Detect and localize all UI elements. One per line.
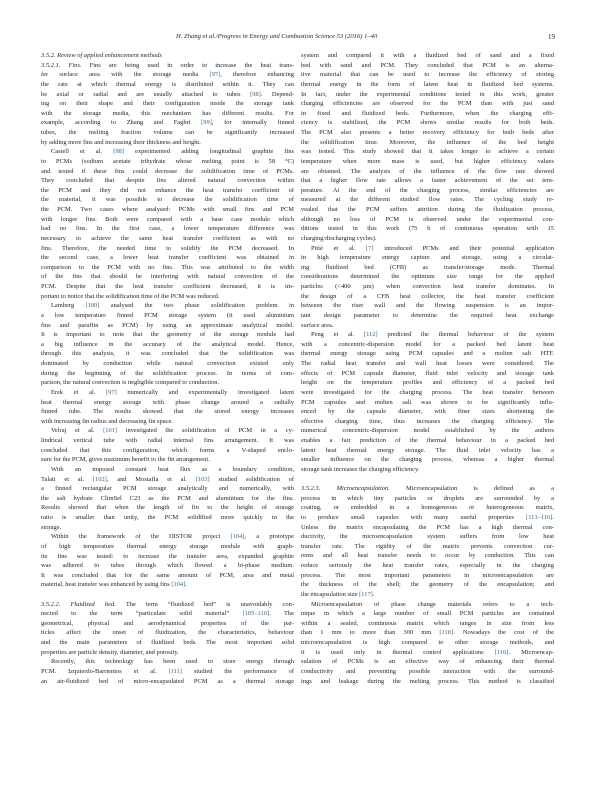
text-line: to PCMs (sodium acetate trihydrate whose… bbox=[41, 157, 294, 167]
subsection-title: 3.5.2.3. Microencapsulation. bbox=[301, 485, 390, 492]
citation-link[interactable]: [7] bbox=[366, 245, 374, 252]
text-line: perature. At the end of the charging pro… bbox=[301, 186, 554, 196]
text-line: properties are particle density, diamete… bbox=[41, 648, 294, 658]
text-line: the solidification time. Moreover, the i… bbox=[301, 138, 554, 148]
text-line: of the fins that should be interfering w… bbox=[41, 272, 294, 282]
text-line: particles (<400 µm) when convection heat… bbox=[301, 282, 554, 292]
text-line: Recently, this technology has been used … bbox=[41, 657, 294, 667]
text-line: rents and all heat transfer needs to occ… bbox=[301, 551, 554, 561]
text-line: the salt hydrate ClimSel C23 as the PCM … bbox=[41, 494, 294, 504]
text-line: ratio is smaller than unity, the PCM sol… bbox=[41, 513, 294, 523]
text-line: Pitié et al. [7] introduced PCMs and the… bbox=[301, 244, 554, 254]
text-line: the PCM. Two cases where analysed: PCMs … bbox=[41, 205, 294, 215]
text-line: measured at the different studied flow r… bbox=[301, 195, 554, 205]
text-line: ditions tested in this work (75 h of con… bbox=[301, 224, 554, 234]
text-line: example, according to Zhang and Faghri [… bbox=[41, 118, 294, 128]
text-line: nique in which a large number of small P… bbox=[301, 609, 554, 619]
text-line: comparison to the PCM with no fins. This… bbox=[41, 263, 294, 273]
text-line: material, heat transfer was enhanced by … bbox=[41, 580, 294, 590]
text-line: In fact, under the experimental conditio… bbox=[301, 90, 554, 100]
text-line: than 1 mm to more than 300 mm [118]. Now… bbox=[301, 628, 554, 638]
text-line: height on the temperature profiles and e… bbox=[301, 378, 554, 388]
left-column: 3.5.2. Review of applied enhancement met… bbox=[41, 51, 294, 686]
citation-link[interactable]: [99] bbox=[201, 119, 212, 126]
citation-link[interactable]: [104] bbox=[171, 581, 185, 588]
right-column-body: system and compared it with a fluidized … bbox=[301, 51, 554, 686]
paragraph-gap bbox=[301, 475, 554, 485]
section-heading: 3.5.2. Review of applied enhancement met… bbox=[41, 51, 294, 61]
text-line: temperature when more mass is used, but … bbox=[301, 157, 554, 167]
text-line: PCM capsules and molten salt was shown t… bbox=[301, 398, 554, 408]
subsection-heading-line: 3.5.2.1. Fins. Fins are being used in or… bbox=[41, 61, 294, 71]
text-line: ite fins was tested: to increase the tra… bbox=[41, 552, 294, 562]
text-line: and the main parameters of fluidized bed… bbox=[41, 638, 294, 648]
text-line: system and compared it with a fluidized … bbox=[301, 51, 554, 61]
text-line: conductivity and preventing possible int… bbox=[301, 667, 554, 677]
text-line: thermal energy in the form of latent hea… bbox=[301, 80, 554, 90]
text-line: during the beginning of the solidificati… bbox=[41, 369, 294, 379]
citation-link[interactable]: [117] bbox=[359, 591, 373, 598]
journal-citation: H. Zhang et al./Progress in Energy and C… bbox=[176, 33, 377, 40]
text-line: tive material that can be used to increa… bbox=[301, 70, 554, 80]
text-line: the material, it was possible to decreas… bbox=[41, 195, 294, 205]
text-line: ings and leakage during the melting proc… bbox=[301, 677, 554, 687]
text-line: fer surface area with the storage media … bbox=[41, 70, 294, 80]
text-line: in fixed and fluidized beds. Furthermore… bbox=[301, 109, 554, 119]
text-line: in high temperature energy capture and s… bbox=[301, 253, 554, 263]
text-line: process. The most important parameters i… bbox=[301, 571, 554, 581]
text-line: transfer rate. The rigidity of the matri… bbox=[301, 542, 554, 552]
text-line: sure for the PCM, gives maximum benefit … bbox=[41, 455, 294, 465]
citation-link[interactable]: [118] bbox=[439, 629, 453, 636]
text-line: Velraj et al. [101] investigated the sol… bbox=[41, 426, 294, 436]
running-header: H. Zhang et al./Progress in Energy and C… bbox=[0, 31, 595, 43]
text-line: enables a fair prediction of the thermal… bbox=[301, 436, 554, 446]
text-line: portant to notice that the solidificatio… bbox=[41, 292, 294, 302]
text-line: the second case, a lower heat transfer c… bbox=[41, 253, 294, 263]
text-line: Within the framework of the DISTOR proje… bbox=[41, 532, 294, 542]
text-line: finned tube. The results showed that the… bbox=[41, 407, 294, 417]
text-line: had no fins. In the first case, a lower … bbox=[41, 224, 294, 234]
text-line: charging/discharging cycles). bbox=[301, 234, 554, 244]
citation-link[interactable]: [104] bbox=[230, 533, 244, 540]
left-column-body: 3.5.2.1. Fins. Fins are being used in or… bbox=[41, 61, 294, 687]
text-line: that a higher flow rate allows a faster … bbox=[301, 176, 554, 186]
text-line: It is important to note that the geometr… bbox=[41, 330, 294, 340]
text-line: smaller influence on the charging proces… bbox=[301, 455, 554, 465]
citation-link[interactable]: [111] bbox=[168, 668, 181, 675]
subsection-heading-line: 3.5.2.2. Fluidized bed. The term “fluidi… bbox=[41, 600, 294, 610]
text-line: sulation of PCMs is an effective way of … bbox=[301, 657, 554, 667]
text-line: Unless the matrix encapsulating the PCM … bbox=[301, 523, 554, 533]
text-line: by adding more fins and increasing their… bbox=[41, 138, 294, 148]
citation-link[interactable]: [103] bbox=[196, 476, 210, 483]
citation-link[interactable]: [113–116] bbox=[526, 514, 552, 521]
text-line: Microencapsulation of phase change mater… bbox=[301, 600, 554, 610]
citation-link[interactable]: [98] bbox=[250, 91, 261, 98]
text-line: ing fluidized bed (CFB) as transfer/stor… bbox=[301, 263, 554, 273]
citation-link[interactable]: [105–110] bbox=[243, 610, 270, 617]
text-line: was adhered to tubes through which flowe… bbox=[41, 561, 294, 571]
text-line: with the storage media, this mechanism h… bbox=[41, 109, 294, 119]
text-line: latent heat thermal energy storage. The … bbox=[301, 446, 554, 456]
text-line: dominated by conduction while natural co… bbox=[41, 359, 294, 369]
text-line: a low temperature finned PCM storage sys… bbox=[41, 311, 294, 321]
text-line: Lamberg [100] analysed the two phase sol… bbox=[41, 301, 294, 311]
text-line: surface area. bbox=[301, 321, 554, 331]
text-line: parison, the natural convection is negli… bbox=[41, 378, 294, 388]
text-line: tubes, the melting fraction volume can b… bbox=[41, 128, 294, 138]
text-line: of high temperature thermal energy stora… bbox=[41, 542, 294, 552]
text-line: Castell et al. [98] experimented adding … bbox=[41, 147, 294, 157]
text-line: and tested if these fins could decrease … bbox=[41, 167, 294, 177]
text-line: fins. Therefore, the needed time to soli… bbox=[41, 244, 294, 254]
text-line: ticles affect the onset of fluidization,… bbox=[41, 628, 294, 638]
text-line: microencapsulation is high compared to o… bbox=[301, 638, 554, 648]
text-line: lindrical vertical tube with radial inte… bbox=[41, 436, 294, 446]
text-line: effective charging time, thus increases … bbox=[301, 417, 554, 427]
text-line: heat thermal energy storage with phase c… bbox=[41, 398, 294, 408]
text-line: with increasing fin radius and decreasin… bbox=[41, 417, 294, 427]
text-line: nected to the term “particulate solid ma… bbox=[41, 609, 294, 619]
text-line: within a sealed, continuous matrix which… bbox=[301, 619, 554, 629]
paragraph-gap bbox=[41, 590, 294, 600]
subsection-heading-line: 3.5.2.3. Microencapsulation. Microencaps… bbox=[301, 484, 554, 494]
text-line: charging efficiencies are observed for t… bbox=[301, 99, 554, 109]
text-line: fins and paraffin as PCM) by using an ap… bbox=[41, 321, 294, 331]
citation-link[interactable]: [97] bbox=[210, 71, 221, 78]
citation-link[interactable]: [102] bbox=[93, 476, 107, 483]
text-line: storage. bbox=[41, 523, 294, 533]
text-line: it is used only in thermal control appli… bbox=[301, 648, 554, 658]
text-line: an air-fluidized bed of micro-encapsulat… bbox=[41, 677, 294, 687]
right-column: system and compared it with a fluidized … bbox=[301, 51, 554, 686]
text-line: was tested. This study showed that it ta… bbox=[301, 147, 554, 157]
text-line: with longer fins. Both were compared wit… bbox=[41, 215, 294, 225]
text-line: Results showed that when the length of f… bbox=[41, 503, 294, 513]
text-line: the thickness of the shell; the geometry… bbox=[301, 580, 554, 590]
text-line: the encapsulation size [117]. bbox=[301, 590, 554, 600]
text-line: Erek et al. [97] numerically and experim… bbox=[41, 388, 294, 398]
text-line: The PCM also presents a better recovery … bbox=[301, 128, 554, 138]
text-line: PCM. Despite that the heat transfer coef… bbox=[41, 282, 294, 292]
text-line: to produce small capsules with many usef… bbox=[301, 513, 554, 523]
text-line: the design of a CFB heat collector, the … bbox=[301, 292, 554, 302]
text-line: considerations determined the optimum si… bbox=[301, 272, 554, 282]
text-line: although no loss of PCM is observed unde… bbox=[301, 215, 554, 225]
text-line: between the riser wall and the flowing s… bbox=[301, 301, 554, 311]
subsection-title: 3.5.2.2. Fluidized bed. bbox=[41, 601, 116, 608]
text-line: ciency is stabilized, the PCM shows simi… bbox=[301, 118, 554, 128]
text-line: bed with sand and PCM. They concluded th… bbox=[301, 61, 554, 71]
text-line: the rate at which thermal energy is dist… bbox=[41, 80, 294, 90]
text-line: They concluded that despite fins altered… bbox=[41, 176, 294, 186]
text-line: the PCM and they did not enhance the hea… bbox=[41, 186, 294, 196]
citation-link[interactable]: [98] bbox=[113, 148, 124, 155]
text-line: thermal energy storage using PCM capsule… bbox=[301, 349, 554, 359]
text-line: enced by the capsule diameter, with fine… bbox=[301, 407, 554, 417]
text-line: With an imposed constant heat flux as a … bbox=[41, 465, 294, 475]
text-line: are obtained. The analysis of the influe… bbox=[301, 167, 554, 177]
text-line: ing on their shape and their configurati… bbox=[41, 99, 294, 109]
citation-link[interactable]: [100] bbox=[85, 302, 99, 309]
text-line: a big influence in the accuracy of the a… bbox=[41, 340, 294, 350]
text-line: with a concentric-dispersion model for a… bbox=[301, 340, 554, 350]
text-line: process in which tiny particles or dropl… bbox=[301, 494, 554, 504]
text-line: a finned rectangular PCM storage analyti… bbox=[41, 484, 294, 494]
page-number: 19 bbox=[548, 33, 555, 41]
text-line: Peng et al. [112] predicted the thermal … bbox=[301, 330, 554, 340]
text-line: through this analysis, it was concluded … bbox=[41, 349, 294, 359]
text-line: coating, or embedded in a homogeneous or… bbox=[301, 503, 554, 513]
text-line: PCM. Izquierdo-Barrientos et al. [111] s… bbox=[41, 667, 294, 677]
text-line: numerical concentric-dispersion model es… bbox=[301, 426, 554, 436]
citation-link[interactable]: [97] bbox=[106, 389, 117, 396]
text-line: ductivity, the microencapsulation system… bbox=[301, 532, 554, 542]
subsection-title: 3.5.2.1. Fins. bbox=[41, 62, 82, 69]
text-line: Talati et al. [102], and Mostaffa et al.… bbox=[41, 475, 294, 485]
citation-link[interactable]: [116] bbox=[495, 649, 509, 656]
text-line: effects of PCM capsule diameter, fluid i… bbox=[301, 369, 554, 379]
text-line: reduce seriously the heat transfer rates… bbox=[301, 561, 554, 571]
text-line: geometrical, physical and aerodynamical … bbox=[41, 619, 294, 629]
text-line: vealed that the PCM suffers attrition du… bbox=[301, 205, 554, 215]
text-line: tant design parameter to determine the r… bbox=[301, 311, 554, 321]
text-line: The radial heat transfer and wall heat l… bbox=[301, 359, 554, 369]
text-line: necessary to achieve the same heat trans… bbox=[41, 234, 294, 244]
text-line: be axial or radial and are usually attac… bbox=[41, 90, 294, 100]
text-line: were investigated for the charging proce… bbox=[301, 388, 554, 398]
text-line: concluded that this configuration, which… bbox=[41, 446, 294, 456]
text-line: It was concluded that for the same amoun… bbox=[41, 571, 294, 581]
text-line: storage tank increases the charging effi… bbox=[301, 465, 554, 475]
citation-link[interactable]: [112] bbox=[364, 331, 378, 338]
citation-link[interactable]: [101] bbox=[103, 427, 117, 434]
